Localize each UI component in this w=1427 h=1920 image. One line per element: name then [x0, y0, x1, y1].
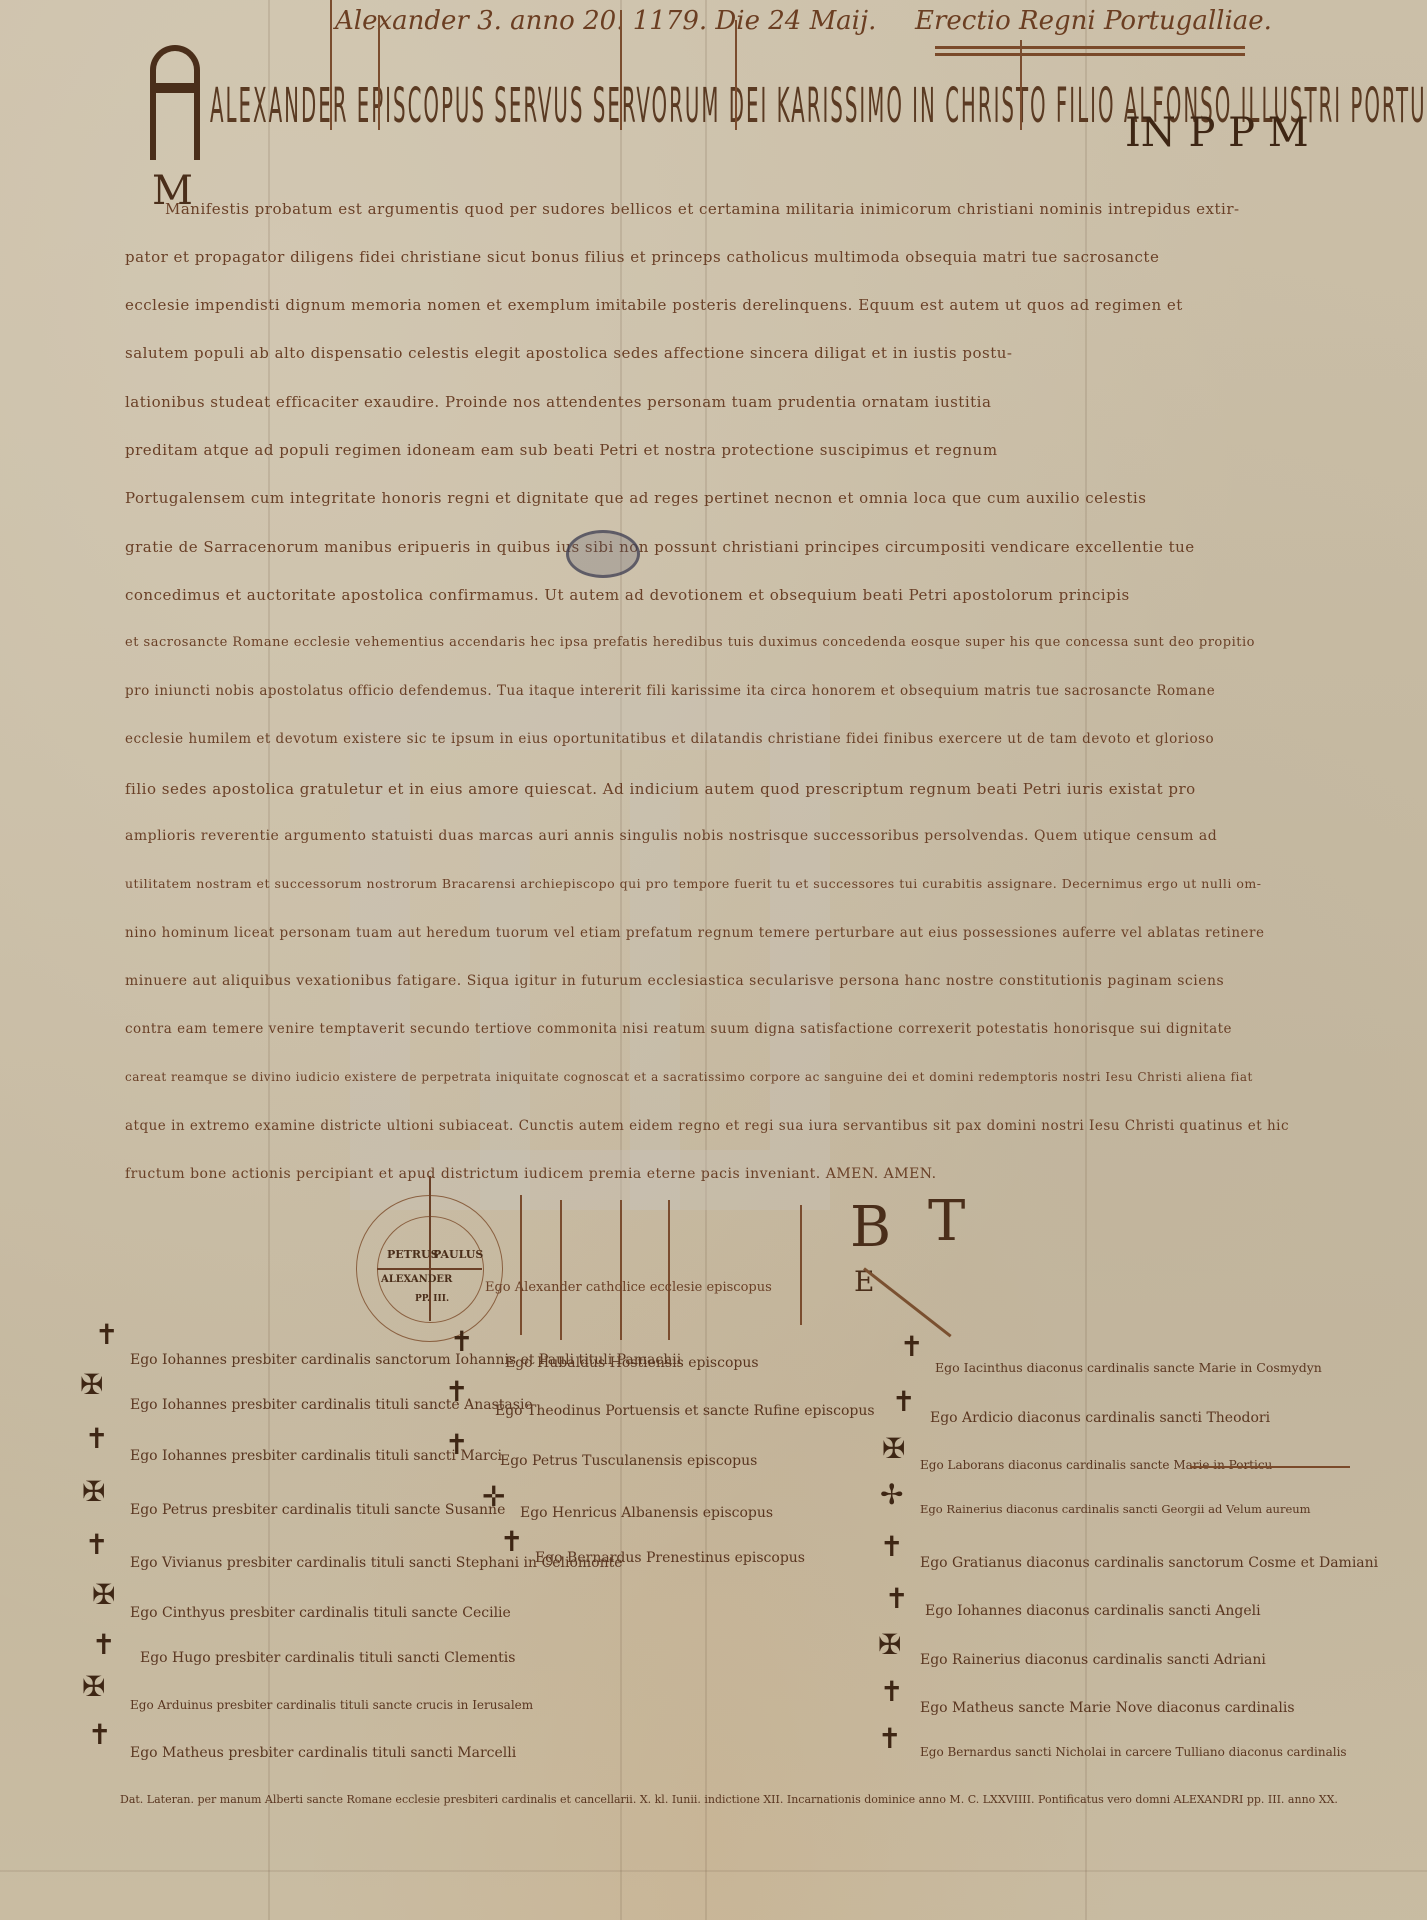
- pope-subscription: Ego Alexander catholice ecclesie episcop…: [485, 1280, 772, 1295]
- cardinal-subscription: Ego Iohannes presbiter cardinalis tituli…: [130, 1397, 533, 1413]
- text-line: atque in extremo examine districte ultio…: [125, 1118, 1289, 1134]
- text-line: ecclesie impendisti dignum memoria nomen…: [125, 296, 1183, 314]
- parchment-document: Alexander 3. anno 20. 1179. Die 24 Maij.…: [0, 0, 1427, 1920]
- monogram-letter-T: T: [928, 1189, 965, 1254]
- fold-line: [268, 0, 270, 1920]
- cross-icon: ✝: [878, 1722, 901, 1755]
- deacon-subscription: Ego Iacinthus diaconus cardinalis sancte…: [935, 1360, 1322, 1375]
- deacon-subscription: Ego Rainerius diaconus cardinalis sancti…: [920, 1502, 1311, 1516]
- archive-ink-stamp: [566, 530, 640, 578]
- cross-icon: ✢: [880, 1478, 903, 1511]
- bishop-subscription: Ego Petrus Tusculanensis episcopus: [500, 1453, 757, 1469]
- text-line: gratie de Sarracenorum manibus eripueris…: [125, 538, 1195, 556]
- deacon-subscription: Ego Bernardus sancti Nicholai in carcere…: [920, 1745, 1347, 1759]
- fold-line: [0, 1870, 1427, 1872]
- text-line: pro iniuncti nobis apostolatus officio d…: [125, 683, 1215, 699]
- cross-icon: ✠: [878, 1628, 901, 1661]
- bishop-subscription: Ego Theodinus Portuensis et sancte Rufin…: [495, 1403, 875, 1419]
- ascender-stroke: [668, 1200, 670, 1340]
- text-line: Portugalensem cum integritate honoris re…: [125, 489, 1146, 507]
- cross-icon: ✝: [885, 1582, 908, 1615]
- cardinal-subscription: Ego Cinthyus presbiter cardinalis tituli…: [130, 1605, 511, 1621]
- cross-icon: ✝: [95, 1318, 118, 1351]
- text-line: ecclesie humilem et devotum existere sic…: [125, 731, 1214, 747]
- ascender-stroke: [1020, 40, 1022, 130]
- rota-seal: PETRUS PAULUS ALEXANDER PP. III.: [356, 1195, 503, 1342]
- cross-icon: ✝: [500, 1525, 523, 1558]
- rota-quadrant: PETRUS: [387, 1248, 439, 1261]
- cardinal-subscription: Ego Matheus presbiter cardinalis tituli …: [130, 1745, 516, 1761]
- text-line: et sacrosancte Romane ecclesie vehementi…: [125, 635, 1255, 650]
- text-line: minuere aut aliquibus vexationibus fatig…: [125, 973, 1224, 989]
- text-line: Manifestis probatum est argumentis quod …: [165, 200, 1240, 218]
- cross-icon: ✠: [82, 1670, 105, 1703]
- archival-note-date: Alexander 3. anno 20. 1179. Die 24 Maij.: [335, 6, 876, 36]
- flourish-line: [1190, 1466, 1350, 1468]
- dating-clause: Dat. Lateran. per manum Alberti sancte R…: [120, 1793, 1338, 1806]
- archival-note-title: Erectio Regni Portugalliae.: [915, 6, 1272, 36]
- text-line: concedimus et auctoritate apostolica con…: [125, 586, 1130, 604]
- ascender-stroke: [560, 1200, 562, 1340]
- bene-valete-monogram: B E T: [850, 1195, 960, 1325]
- deacon-subscription: Ego Laborans diaconus cardinalis sancte …: [920, 1458, 1272, 1472]
- cross-icon: ✠: [82, 1475, 105, 1508]
- text-line: fructum bone actionis percipiant et apud…: [125, 1166, 937, 1182]
- text-line: preditam atque ad populi regimen idoneam…: [125, 441, 998, 459]
- text-line: pator et propagator diligens fidei chris…: [125, 248, 1159, 266]
- note-underline: [935, 46, 1245, 49]
- cross-icon: ✠: [92, 1578, 115, 1611]
- cross-icon: ✝: [85, 1422, 108, 1455]
- text-line: salutem populi ab alto dispensatio celes…: [125, 344, 1012, 362]
- text-line: utilitatem nostram et successorum nostro…: [125, 876, 1261, 891]
- deacon-subscription: Ego Gratianus diaconus cardinalis sancto…: [920, 1555, 1378, 1571]
- cross-icon: ✝: [92, 1628, 115, 1661]
- cross-icon: ✝: [880, 1530, 903, 1563]
- deacon-subscription: Ego Ardicio diaconus cardinalis sancti T…: [930, 1410, 1270, 1426]
- decorated-initial-A: [150, 45, 200, 160]
- rota-quadrant: ALEXANDER: [381, 1274, 452, 1285]
- cardinal-subscription: Ego Arduinus presbiter cardinalis tituli…: [130, 1698, 533, 1712]
- monogram-diagonal: [863, 1267, 952, 1337]
- ascender-stroke: [800, 1205, 802, 1325]
- bishop-subscription: Ego Bernardus Prenestinus episcopus: [535, 1550, 805, 1566]
- cardinal-subscription: Ego Petrus presbiter cardinalis tituli s…: [130, 1502, 505, 1518]
- text-line: filio sedes apostolica gratuletur et in …: [125, 780, 1196, 798]
- cross-icon: ✝: [450, 1325, 473, 1358]
- ascender-stroke: [378, 15, 380, 130]
- ascender-stroke: [330, 0, 332, 130]
- in-perpetuum-memoriam: IN P P M: [1125, 110, 1309, 156]
- cross-icon: ✝: [88, 1718, 111, 1751]
- bishop-subscription: Ego Henricus Albanensis episcopus: [520, 1505, 773, 1521]
- text-line: amplioris reverentie argumento statuisti…: [125, 828, 1217, 844]
- cross-icon: ✝: [445, 1375, 468, 1408]
- text-line: lationibus studeat efficaciter exaudire.…: [125, 393, 991, 411]
- cross-icon: ✝: [85, 1528, 108, 1561]
- rota-quadrant: PAULUS: [433, 1248, 483, 1261]
- monogram-letter-B: B: [850, 1195, 891, 1260]
- text-line: contra eam temere venire temptaverit sec…: [125, 1021, 1232, 1037]
- text-line: careat reamque se divino iudicio exister…: [125, 1070, 1253, 1084]
- cross-icon: ✝: [880, 1675, 903, 1708]
- ascender-stroke: [735, 20, 737, 130]
- cross-icon: ✝: [892, 1385, 915, 1418]
- fold-line: [1085, 0, 1087, 1920]
- cross-icon: ✠: [80, 1368, 103, 1401]
- ascender-stroke: [620, 10, 622, 130]
- note-underline: [935, 53, 1245, 56]
- rota-inner-circle: [377, 1216, 484, 1323]
- cardinal-subscription: Ego Hugo presbiter cardinalis tituli san…: [140, 1650, 515, 1666]
- deacon-subscription: Ego Iohannes diaconus cardinalis sancti …: [925, 1603, 1261, 1619]
- cross-icon: ✠: [882, 1432, 905, 1465]
- cross-icon: ✝: [900, 1330, 923, 1363]
- deacon-subscription: Ego Rainerius diaconus cardinalis sancti…: [920, 1652, 1266, 1668]
- cross-icon: ✛: [482, 1480, 505, 1513]
- deacon-subscription: Ego Matheus sancte Marie Nove diaconus c…: [920, 1700, 1295, 1716]
- bishop-subscription: Ego Hubaldus Hostiensis episcopus: [505, 1355, 759, 1371]
- rota-quadrant: PP. III.: [415, 1294, 449, 1304]
- ascender-stroke: [520, 1195, 522, 1335]
- faded-watermark: [480, 780, 680, 1210]
- cross-icon: ✝: [445, 1428, 468, 1461]
- text-line: nino hominum liceat personam tuam aut he…: [125, 925, 1264, 941]
- ascender-stroke: [620, 1200, 622, 1340]
